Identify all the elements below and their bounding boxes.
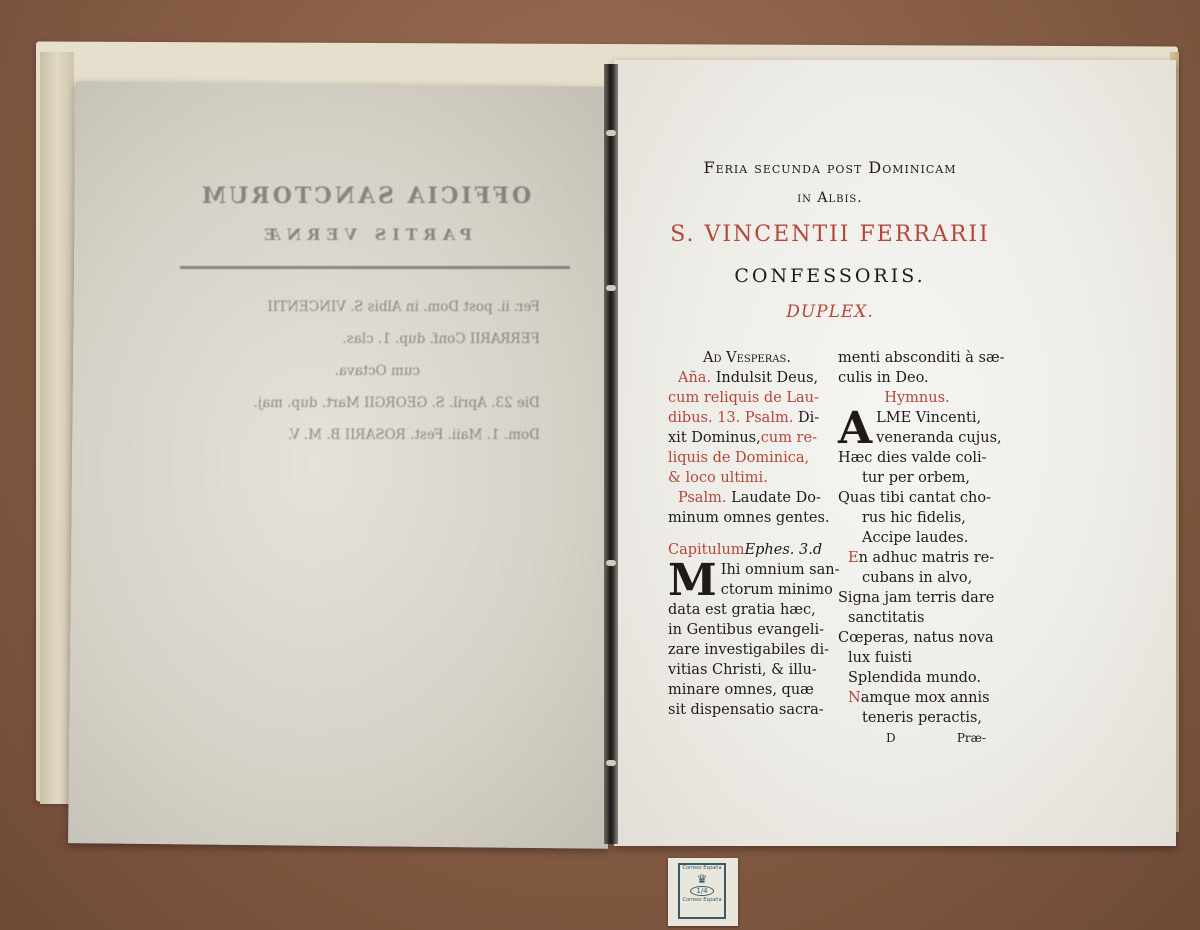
rubric-text: dibus. 13. Psalm. bbox=[668, 410, 793, 426]
red-initial: N bbox=[848, 690, 861, 706]
saint-name: S. VINCENTII FERRARII bbox=[640, 222, 1020, 247]
text-line: vitias Christi, & illu- bbox=[668, 660, 826, 680]
red-initial: E bbox=[848, 550, 859, 566]
binding-stitch bbox=[606, 560, 616, 566]
offset-rule bbox=[180, 266, 570, 269]
text-line: xit Dominus,cum re- bbox=[668, 428, 826, 448]
offset-title-line1: OFFICIA SANCTORUM bbox=[150, 183, 580, 209]
offset-title-line2: PARTIS VERNÆ bbox=[150, 225, 580, 244]
hymn-stanza-3: Namque mox annis teneris peractis, bbox=[838, 688, 996, 728]
text-line: culis in Deo. bbox=[838, 368, 996, 388]
postage-stamp: Correos España ♛ 1/4 Correos España bbox=[668, 858, 738, 926]
rubric-line: cum reliquis de Lau- bbox=[668, 388, 826, 408]
antiphon-line: Aña. Indulsit Deus, bbox=[668, 368, 826, 388]
stamp-bottom-text: Correos España bbox=[680, 897, 724, 903]
book-gutter bbox=[604, 64, 618, 844]
psalm-text: Laudate Do- bbox=[731, 490, 821, 506]
capitulum-label: Capitulum bbox=[668, 542, 745, 558]
text-line: Accipe laudes. bbox=[838, 528, 996, 548]
rubric-text: cum re- bbox=[761, 430, 817, 446]
offset-line: Fer. ii. post Dom. in Albis S. VINCENTII bbox=[150, 299, 580, 315]
psalm-label: Psalm. bbox=[678, 490, 726, 506]
text: Di- bbox=[798, 410, 819, 426]
text-line: teneris peractis, bbox=[838, 708, 996, 728]
text-line: sit dispensatio sacra- bbox=[668, 700, 826, 720]
binding-stitch bbox=[606, 285, 616, 291]
text-line: Hæc dies valde coli- bbox=[838, 448, 996, 468]
psalm-line: Psalm. Laudate Do- bbox=[668, 488, 826, 508]
hymn-stanza-1: A LME Vincenti, veneranda cujus, Hæc die… bbox=[838, 408, 996, 548]
text-line: Signa jam terris dare bbox=[838, 588, 996, 608]
text: amque mox annis bbox=[861, 690, 990, 706]
text-line: Quas tibi cantat cho- bbox=[838, 488, 996, 508]
hymn-stanza-2: En adhuc matris re- cubans in alvo, Sign… bbox=[838, 548, 996, 688]
dropcap: M bbox=[668, 562, 717, 600]
capitulum-text: M Ihi omnium san- ctorum minimo data est… bbox=[668, 560, 826, 720]
offset-line: cum Octava. bbox=[150, 363, 580, 379]
text-column-left: Ad Vesperas. Aña. Indulsit Deus, cum rel… bbox=[668, 348, 826, 720]
page-footer: D Præ- bbox=[838, 728, 996, 748]
text: n adhuc matris re- bbox=[859, 550, 995, 566]
heading-line2: in Albis. bbox=[640, 190, 1020, 206]
heading-line1: Feria secunda post Dominicam bbox=[640, 158, 1020, 177]
signature-mark: D bbox=[886, 728, 896, 748]
text: xit Dominus, bbox=[668, 430, 761, 446]
catchword: Præ- bbox=[957, 728, 986, 748]
rubric-line: & loco ultimi. bbox=[668, 468, 826, 488]
binding-stitch bbox=[606, 760, 616, 766]
feast-rank: DUPLEX. bbox=[640, 302, 1020, 322]
antiphon-label: Aña. bbox=[678, 370, 711, 386]
dropcap: A bbox=[838, 410, 872, 448]
text-line: En adhuc matris re- bbox=[838, 548, 996, 568]
text-line: rus hic fidelis, bbox=[838, 508, 996, 528]
stamp-frame: Correos España ♛ 1/4 Correos España bbox=[678, 863, 726, 919]
text-line: menti absconditi à sæ- bbox=[838, 348, 996, 368]
crown-icon: ♛ bbox=[680, 873, 724, 885]
text-line: Cœperas, natus nova bbox=[838, 628, 996, 648]
section-heading: Ad Vesperas. bbox=[668, 348, 826, 368]
text-column-right: menti absconditi à sæ- culis in Deo. Hym… bbox=[838, 348, 996, 748]
text-line: tur per orbem, bbox=[838, 468, 996, 488]
offset-line: Die 23. April. S. GEORGII Mart. dup. maj… bbox=[150, 395, 580, 411]
text-line: lux fuisti bbox=[838, 648, 996, 668]
saint-title: CONFESSORIS. bbox=[640, 265, 1020, 287]
stamp-top-text: Correos España bbox=[680, 865, 724, 871]
text-line: in Gentibus evangeli- bbox=[668, 620, 826, 640]
offset-line: Dom. 1. Maii. Fest. ROSARII B. M. V. bbox=[150, 427, 580, 443]
text-line: data est gratia hæc, bbox=[668, 600, 826, 620]
left-page-offset-text: OFFICIA SANCTORUM PARTIS VERNÆ Fer. ii. … bbox=[150, 175, 580, 459]
text-line: Namque mox annis bbox=[838, 688, 996, 708]
rubric-line: dibus. 13. Psalm. Di- bbox=[668, 408, 826, 428]
binding-stitch bbox=[606, 130, 616, 136]
antiphon-text: Indulsit Deus, bbox=[716, 370, 818, 386]
text-line: sanctitatis bbox=[838, 608, 996, 628]
psalm-line: minum omnes gentes. bbox=[668, 508, 826, 528]
text-line: Splendida mundo. bbox=[838, 668, 996, 688]
text-line: minare omnes, quæ bbox=[668, 680, 826, 700]
capitulum-reference: Ephes. 3.d bbox=[745, 542, 823, 558]
offset-line: FERRARII Conf. dup. 1. clas. bbox=[150, 331, 580, 347]
text-line: cubans in alvo, bbox=[838, 568, 996, 588]
capitulum-heading: CapitulumEphes. 3.d bbox=[668, 540, 826, 560]
stamp-value: 1/4 bbox=[690, 886, 714, 896]
text-line: zare investigabiles di- bbox=[668, 640, 826, 660]
rubric-line: liquis de Dominica, bbox=[668, 448, 826, 468]
